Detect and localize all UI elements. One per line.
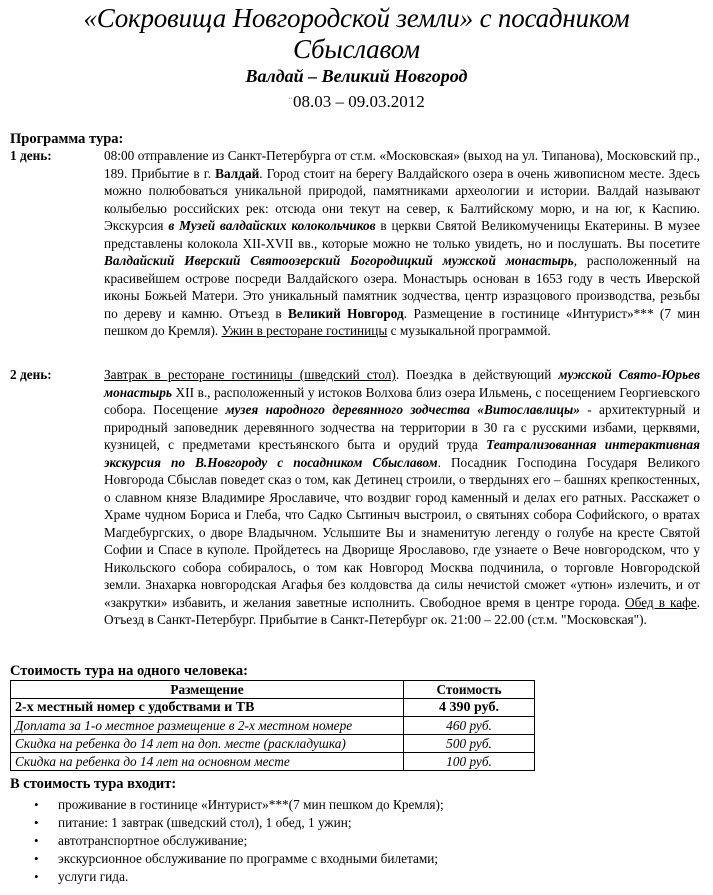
- underlined-text: Ужин в ресторане гостиницы: [222, 323, 388, 338]
- includes-item-text: экскурсионное обслуживание по программе …: [58, 851, 438, 866]
- includes-item: •экскурсионное обслуживание по программе…: [10, 850, 444, 868]
- day-description: 08:00 отправление из Санкт-Петербурга от…: [104, 147, 700, 340]
- bullet-icon: •: [34, 796, 39, 814]
- tour-dates: ··08.03 – 09.03.2012: [0, 92, 713, 112]
- emphasized-text: в Музей валдайских колокольчиков: [168, 218, 375, 233]
- underlined-text: Обед в кафе: [625, 595, 697, 610]
- bullet-icon: •: [34, 850, 39, 868]
- price-cell: 100 руб.: [404, 753, 535, 771]
- program-day-1: 1 день: 08:00 отправление из Санкт-Петер…: [10, 147, 700, 340]
- tour-title-line2: Сбыславом: [0, 34, 713, 65]
- tour-route: Валдай – Великий Новгород: [0, 66, 713, 87]
- pricing-table: Размещение Стоимость 2-х местный номер с…: [10, 680, 535, 771]
- includes-item-text: питание: 1 завтрак (шведский стол), 1 об…: [58, 815, 352, 830]
- pricing-header-row: Размещение Стоимость: [11, 681, 535, 699]
- includes-item: •услуги гида.: [10, 868, 444, 886]
- price-cell: 4 390 руб.: [404, 699, 535, 717]
- accommodation-cell: Скидка на ребенка до 14 лет на доп. мест…: [11, 735, 404, 753]
- tour-title: «Сокровища Новгородской земли» с посадни…: [0, 3, 713, 65]
- emphasized-text: Великий Новгород: [288, 306, 404, 321]
- accommodation-cell: Скидка на ребенка до 14 лет на основном …: [11, 753, 404, 771]
- pricing-row: Скидка на ребенка до 14 лет на основном …: [11, 753, 535, 771]
- accommodation-cell: 2-х местный номер с удобствами и ТВ: [11, 699, 404, 717]
- column-header-accommodation: Размещение: [11, 681, 404, 699]
- includes-item: •автотранспортное обслуживание;: [10, 832, 444, 850]
- program-day-2: 2 день: Завтрак в ресторане гостиницы (ш…: [10, 366, 700, 629]
- bullet-icon: •: [34, 868, 39, 886]
- day-label: 2 день:: [10, 366, 100, 384]
- price-cell: 460 руб.: [404, 717, 535, 735]
- column-header-cost: Стоимость: [404, 681, 535, 699]
- includes-item: •проживание в гостинице «Интурист»***(7 …: [10, 796, 444, 814]
- includes-item-text: услуги гида.: [58, 869, 128, 884]
- day-description: Завтрак в ресторане гостиницы (шведский …: [104, 366, 700, 629]
- emphasized-text: Валдай: [215, 166, 259, 181]
- includes-heading: В стоимость тура входит:: [10, 776, 176, 793]
- tour-dates-text: 08.03 – 09.03.2012: [293, 92, 425, 111]
- pricing-heading: Стоимость тура на одного человека:: [10, 663, 248, 680]
- pricing-row: Скидка на ребенка до 14 лет на доп. мест…: [11, 735, 535, 753]
- bullet-icon: •: [34, 814, 39, 832]
- tour-title-line1: «Сокровища Новгородской земли» с посадни…: [0, 3, 713, 34]
- price-cell: 500 руб.: [404, 735, 535, 753]
- body-text: . Поездка в действующий: [396, 367, 559, 382]
- emphasized-text: Валдайский Иверский Святоозерский Богоро…: [104, 253, 574, 268]
- includes-item-text: автотранспортное обслуживание;: [58, 833, 247, 848]
- body-text: с музыкальной программой.: [387, 323, 550, 338]
- bullet-icon: •: [34, 832, 39, 850]
- includes-item-text: проживание в гостинице «Интурист»***(7 м…: [58, 797, 444, 812]
- underlined-text: Завтрак в ресторане гостиницы (шведский …: [104, 367, 396, 382]
- includes-item: •питание: 1 завтрак (шведский стол), 1 о…: [10, 814, 444, 832]
- day-label: 1 день:: [10, 147, 100, 165]
- program-heading: Программа тура:: [10, 131, 123, 148]
- accommodation-cell: Доплата за 1-о местное размещение в 2-х …: [11, 717, 404, 735]
- includes-list: •проживание в гостинице «Интурист»***(7 …: [10, 796, 444, 886]
- pricing-row: 2-х местный номер с удобствами и ТВ4 390…: [11, 699, 535, 717]
- emphasized-text: музея народного деревянного зодчества «В…: [225, 402, 579, 417]
- body-text: . Посадник Господина Государя Великого Н…: [104, 455, 700, 610]
- pricing-row: Доплата за 1-о местное размещение в 2-х …: [11, 717, 535, 735]
